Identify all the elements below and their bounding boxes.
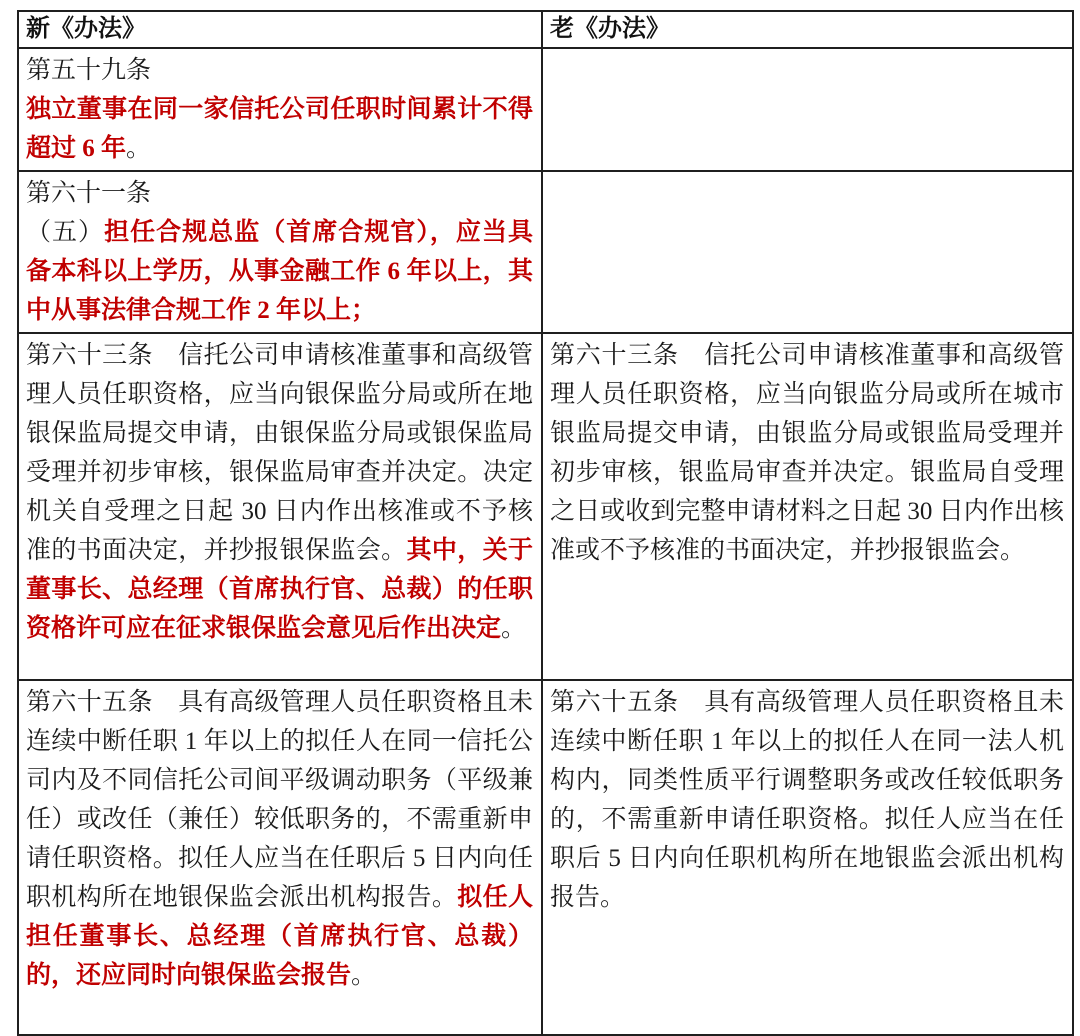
regular-text: 第六十三条 信托公司申请核准董事和高级管理人员任职资格，应当向银保监分局或所在地… [26, 342, 533, 564]
paragraph: 第六十五条 具有高级管理人员任职资格且未连续中断任职 1 年以上的拟任人在同一信… [26, 683, 533, 995]
old-measures-cell: 第六十五条 具有高级管理人员任职资格且未连续中断任职 1 年以上的拟任人在同一法… [542, 680, 1073, 1035]
paragraph: 第六十三条 信托公司申请核准董事和高级管理人员任职资格，应当向银保监分局或所在地… [26, 336, 533, 648]
comparison-table: 新《办法》 老《办法》 第五十九条独立董事在同一家信托公司任职时间累计不得超过 … [17, 10, 1074, 1036]
regular-text: 第六十三条 信托公司申请核准董事和高级管理人员任职资格，应当向银监分局或所在城市… [550, 342, 1064, 564]
regular-text: 第六十一条 [26, 180, 151, 207]
regular-text: 。 [501, 615, 526, 642]
table-row: 第六十五条 具有高级管理人员任职资格且未连续中断任职 1 年以上的拟任人在同一信… [18, 680, 1073, 1035]
paragraph: 第六十一条 [26, 174, 533, 213]
new-measures-cell: 第六十五条 具有高级管理人员任职资格且未连续中断任职 1 年以上的拟任人在同一信… [18, 680, 542, 1035]
paragraph: 第六十三条 信托公司申请核准董事和高级管理人员任职资格，应当向银监分局或所在城市… [550, 336, 1064, 570]
regular-text: 。 [351, 962, 376, 989]
paragraph: 第六十五条 具有高级管理人员任职资格且未连续中断任职 1 年以上的拟任人在同一法… [550, 683, 1064, 917]
header-old-measures: 老《办法》 [542, 11, 1073, 48]
comparison-table-body: 第五十九条独立董事在同一家信托公司任职时间累计不得超过 6 年。第六十一条（五）… [18, 48, 1073, 1035]
old-measures-cell: 第六十三条 信托公司申请核准董事和高级管理人员任职资格，应当向银监分局或所在城市… [542, 333, 1073, 680]
regular-text: 第六十五条 具有高级管理人员任职资格且未连续中断任职 1 年以上的拟任人在同一法… [550, 689, 1064, 911]
regular-text: 。 [126, 135, 151, 162]
old-measures-cell [542, 171, 1073, 333]
table-row: 第六十一条（五）担任合规总监（首席合规官），应当具备本科以上学历，从事金融工作 … [18, 171, 1073, 333]
table-row: 第五十九条独立董事在同一家信托公司任职时间累计不得超过 6 年。 [18, 48, 1073, 171]
regular-text: （五） [26, 219, 104, 246]
new-measures-cell: 第六十一条（五）担任合规总监（首席合规官），应当具备本科以上学历，从事金融工作 … [18, 171, 542, 333]
paragraph: 第五十九条 [26, 51, 533, 90]
regular-text: 第五十九条 [26, 57, 151, 84]
table-header-row: 新《办法》 老《办法》 [18, 11, 1073, 48]
table-row: 第六十三条 信托公司申请核准董事和高级管理人员任职资格，应当向银保监分局或所在地… [18, 333, 1073, 680]
header-new-measures: 新《办法》 [18, 11, 542, 48]
new-measures-cell: 第六十三条 信托公司申请核准董事和高级管理人员任职资格，应当向银保监分局或所在地… [18, 333, 542, 680]
paragraph: （五）担任合规总监（首席合规官），应当具备本科以上学历，从事金融工作 6 年以上… [26, 213, 533, 330]
highlighted-text: 独立董事在同一家信托公司任职时间累计不得超过 6 年 [26, 96, 533, 162]
new-measures-cell: 第五十九条独立董事在同一家信托公司任职时间累计不得超过 6 年。 [18, 48, 542, 171]
regular-text: 第六十五条 具有高级管理人员任职资格且未连续中断任职 1 年以上的拟任人在同一信… [26, 689, 533, 911]
paragraph: 独立董事在同一家信托公司任职时间累计不得超过 6 年。 [26, 90, 533, 168]
old-measures-cell [542, 48, 1073, 171]
